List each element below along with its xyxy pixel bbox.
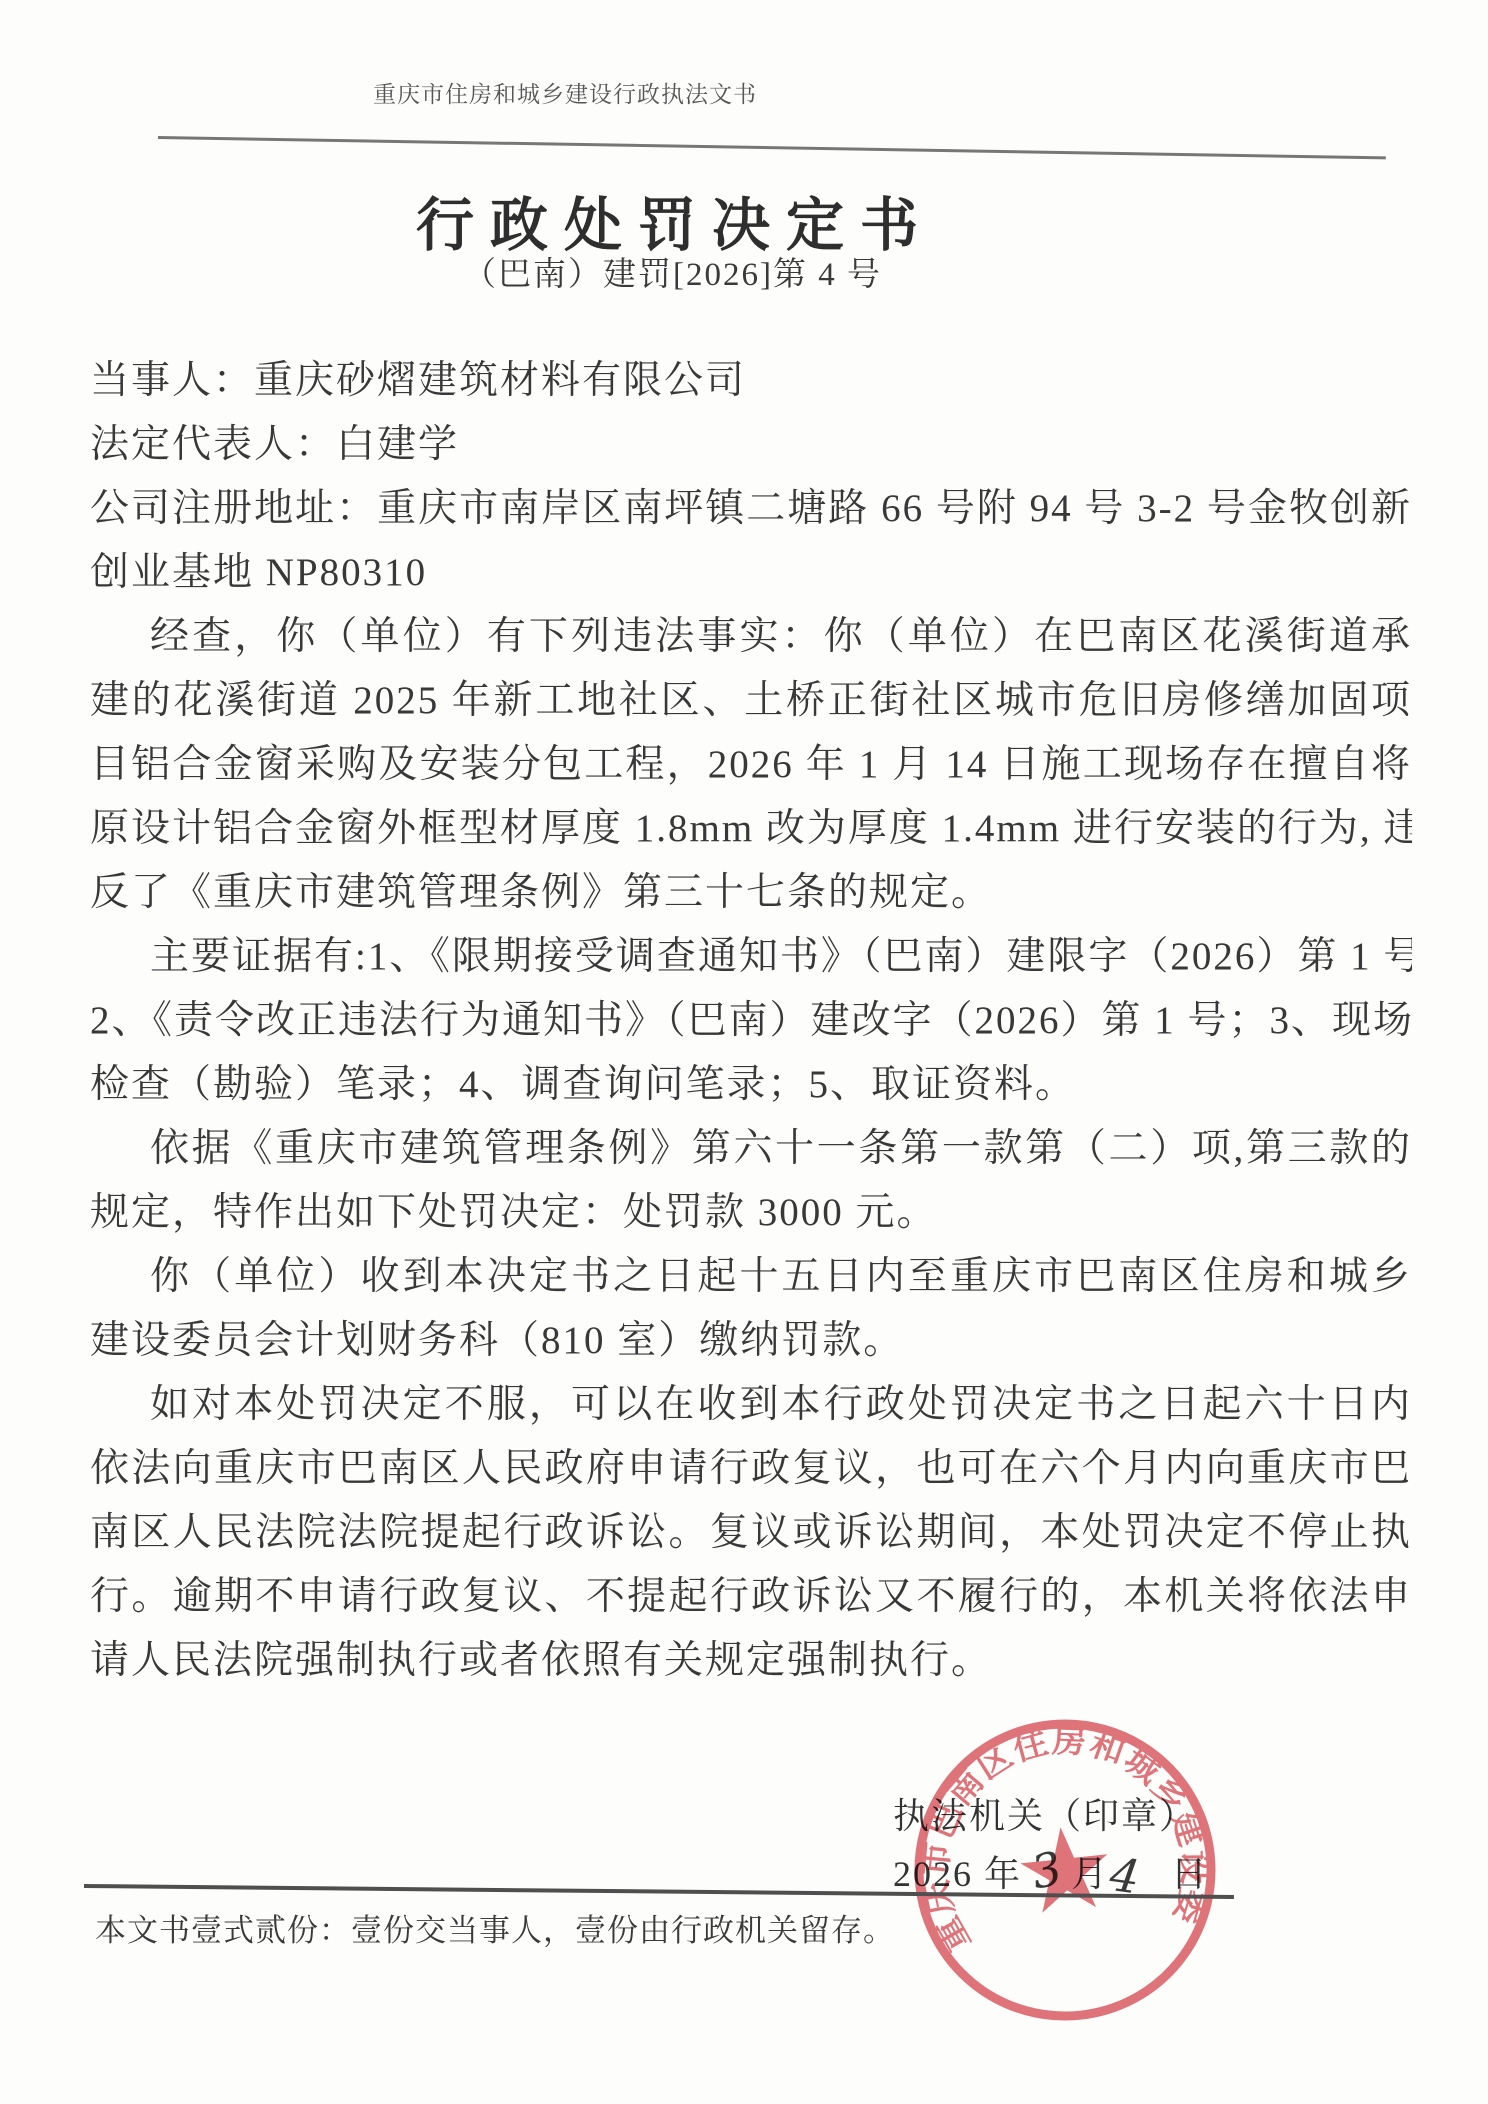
body-line: 经查，你（单位）有下列违法事实：你（单位）在巴南区花溪街道承 (90, 605, 1412, 669)
star-icon (1017, 1823, 1113, 1915)
body-line: 如对本处罚决定不服，可以在收到本行政处罚决定书之日起六十日内 (90, 1373, 1412, 1437)
document-page: 重庆市住房和城乡建设行政执法文书 行政处罚决定书 （巴南）建罚[2026]第 4… (0, 0, 1488, 2104)
seal-arc-text: 重庆市巴南区住房和城乡建设委员会 (884, 1689, 1221, 1964)
body-line: 依据《重庆市建筑管理条例》第六十一条第一款第（二）项,第三款的 (90, 1117, 1412, 1181)
document-number: （巴南）建罚[2026]第 4 号 (0, 248, 1345, 295)
document-category-header: 重庆市住房和城乡建设行政执法文书 (0, 76, 1130, 109)
body-line: 2、《责令改正违法行为通知书》（巴南）建改字（2026）第 1 号；3、现场 (90, 989, 1412, 1053)
document-body: 当事人：重庆砂熠建筑材料有限公司 法定代表人：白建学 公司注册地址：重庆市南岸区… (90, 349, 1412, 1693)
body-line: 反了《重庆市建筑管理条例》第三十七条的规定。 (90, 861, 1412, 925)
body-line: 建的花溪街道 2025 年新工地社区、土桥正街社区城市危旧房修缮加固项 (90, 669, 1412, 733)
body-line: 主要证据有:1、《限期接受调查通知书》（巴南）建限字（2026）第 1 号； (90, 925, 1412, 989)
official-seal-stamp: 重庆市巴南区住房和城乡建设委员会 (884, 1689, 1247, 2052)
body-line: 依法向重庆市巴南区人民政府申请行政复议，也可在六个月内向重庆市巴 (90, 1437, 1412, 1501)
body-line: 规定，特作出如下处罚决定：处罚款 3000 元。 (90, 1181, 1412, 1245)
body-line: 你（单位）收到本决定书之日起十五日内至重庆市巴南区住房和城乡 (90, 1245, 1412, 1309)
body-line: 检查（勘验）笔录；4、调查询问笔录；5、取证资料。 (90, 1053, 1412, 1117)
body-line: 创业基地 NP80310 (90, 541, 1412, 605)
body-line: 建设委员会计划财务科（810 室）缴纳罚款。 (90, 1309, 1412, 1373)
header-divider-line (158, 136, 1386, 159)
body-line: 南区人民法院法院提起行政诉讼。复议或诉讼期间，本处罚决定不停止执 (90, 1501, 1412, 1565)
body-line: 目铝合金窗采购及安装分包工程，2026 年 1 月 14 日施工现场存在擅自将 (90, 733, 1412, 797)
body-line: 法定代表人：白建学 (90, 413, 1412, 477)
body-line: 原设计铝合金窗外框型材厚度 1.8mm 改为厚度 1.4mm 进行安装的行为, … (90, 797, 1412, 861)
body-line: 请人民法院强制执行或者依照有关规定强制执行。 (90, 1629, 1412, 1693)
footer-note: 本文书壹式贰份：壹份交当事人，壹份由行政机关留存。 (95, 1905, 895, 1950)
body-line: 公司注册地址：重庆市南岸区南坪镇二塘路 66 号附 94 号 3-2 号金牧创新 (90, 477, 1412, 541)
body-line: 当事人：重庆砂熠建筑材料有限公司 (90, 349, 1412, 413)
body-line: 行。逾期不申请行政复议、不提起行政诉讼又不履行的，本机关将依法申 (90, 1565, 1412, 1629)
